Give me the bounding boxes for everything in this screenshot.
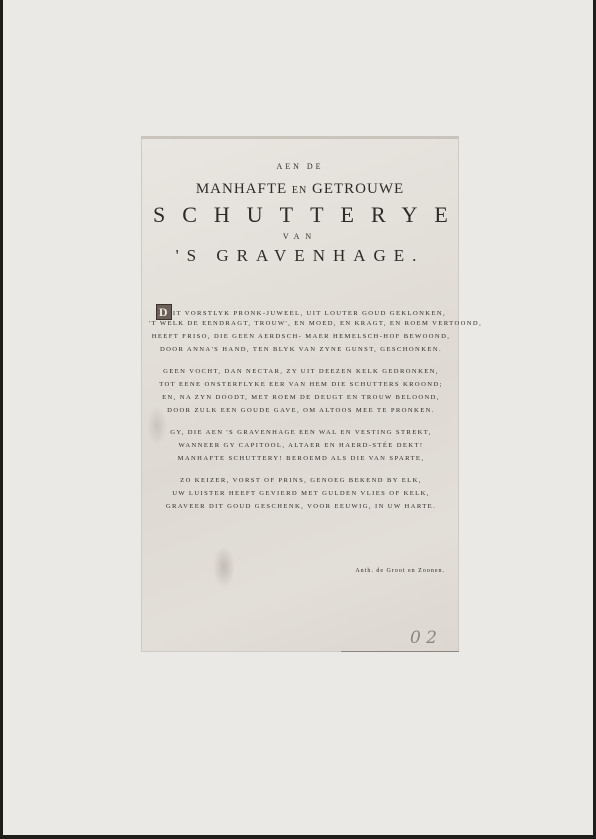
paper-stain (213, 546, 235, 588)
title-line-aen-de: AEN DE (141, 162, 459, 171)
stanza-1: DIT VORSTLYK PRONK-JUWEEL, UIT LOUTER GO… (149, 304, 453, 356)
poem-line: DIT VORSTLYK PRONK-JUWEEL, UIT LOUTER GO… (149, 304, 453, 317)
poem-line-text: IT VORSTLYK PRONK-JUWEEL, UIT LOUTER GOU… (173, 310, 446, 317)
poem-line: MANHAFTE SCHUTTERY! BEROEMD ALS DIE VAN … (149, 452, 453, 465)
title-word: MANHAFTE (196, 181, 287, 197)
poem-line: UW LUISTER HEEFT GEVIERD MET GULDEN VLIE… (149, 487, 453, 500)
passepartout-mat: AEN DE MANHAFTE EN GETROUWE SCHUTTERYE V… (3, 0, 593, 835)
title-line-gravenhage: 'S GRAVENHAGE. (141, 246, 459, 266)
stanza-4: ZO KEIZER, VORST OF PRINS, GENOEG BEKEND… (149, 474, 453, 513)
printer-signature: Anth. de Groot en Zoonen. (355, 568, 445, 574)
title-word: GETROUWE (312, 181, 404, 197)
poem-line: EN, NA ZYN DOODT, MET ROEM DE DEUGT EN T… (149, 391, 453, 404)
poem-line: DOOR ANNA'S HAND, TEN BLYK VAN ZYNE GUNS… (149, 343, 453, 356)
pencil-inventory-mark: 0 2 (410, 628, 437, 648)
stanza-2: GEEN VOCHT, DAN NECTAR, ZY UIT DEEZEN KE… (149, 365, 453, 417)
title-block: AEN DE MANHAFTE EN GETROUWE SCHUTTERYE V… (141, 162, 459, 266)
poem-line: GEEN VOCHT, DAN NECTAR, ZY UIT DEEZEN KE… (149, 365, 453, 378)
poem-line: GRAVEER DIT GOUD GESCHENK, VOOR EEUWIG, … (149, 500, 453, 513)
title-line-schutterye: SCHUTTERYE (153, 202, 459, 228)
title-word: EN (292, 185, 307, 196)
poem-line: WANNEER GY CAPITOOL, ALTAER EN HAERD-STÉ… (149, 439, 453, 452)
poem-line: GY, DIE AEN 'S GRAVENHAGE EEN WAL EN VES… (149, 426, 453, 439)
poem-line: HEEFT FRISO, DIE GEEN AERDSCH- MAER HEME… (149, 330, 453, 343)
poem-line: TOT EENE ONSTERFLYKE EER VAN HEM DIE SCH… (149, 378, 453, 391)
title-line-van: VAN (141, 232, 459, 241)
poem-line: DOOR ZULK EEN GOUDE GAVE, OM ALTOOS MEE … (149, 404, 453, 417)
poem-line: 'T WELK DE EENDRAGT, TROUW', EN MOED, EN… (149, 317, 453, 330)
printed-poem-sheet: AEN DE MANHAFTE EN GETROUWE SCHUTTERYE V… (141, 136, 459, 652)
pencil-underline (341, 651, 459, 652)
stanza-3: GY, DIE AEN 'S GRAVENHAGE EEN WAL EN VES… (149, 426, 453, 465)
title-line-manhafte: MANHAFTE EN GETROUWE (141, 181, 459, 198)
poem-body: DIT VORSTLYK PRONK-JUWEEL, UIT LOUTER GO… (149, 304, 453, 522)
poem-line: ZO KEIZER, VORST OF PRINS, GENOEG BEKEND… (149, 474, 453, 487)
